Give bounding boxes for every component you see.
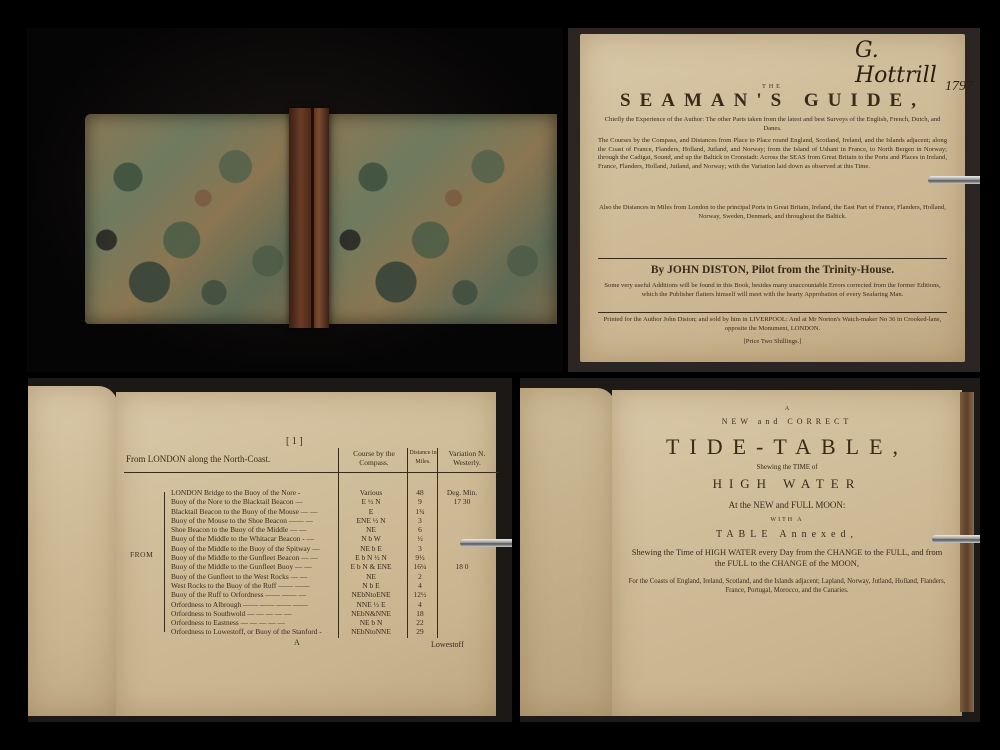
subtitle: Chiefly the Experience of the Author: Th…: [598, 116, 947, 133]
table-row: Orfordness to Albrough —— —— —— ——NNE ½ …: [171, 600, 491, 609]
rule: [598, 258, 947, 259]
author-line: By JOHN DISTON, Pilot from the Trinity-H…: [580, 264, 965, 276]
additions-text: Some very useful Additions will be found…: [598, 282, 947, 299]
left-blank-page: [520, 388, 615, 716]
price-text: [Price Two Shillings.]: [580, 338, 965, 345]
signature-mark: A: [294, 638, 300, 647]
title-page: G. Hottrill 1797 THE SEAMAN'S GUIDE, Chi…: [580, 34, 965, 362]
distances-text: Also the Distances in Miles from London …: [598, 204, 947, 221]
left-blank-page: [28, 386, 118, 716]
table-row: Orfordness to Southwold — — — — —NEbN&NN…: [171, 609, 491, 618]
table-row: Buoy of the Nore to the Blacktail Beacon…: [171, 497, 491, 506]
distance-table-page: [ 1 ] From LONDON along the North-Coast.…: [116, 392, 496, 716]
table-annexed: TABLE Annexed,: [612, 529, 962, 540]
col-distance: Distance in Miles.: [408, 449, 438, 467]
table-page-photo-panel: [ 1 ] From LONDON along the North-Coast.…: [28, 378, 512, 722]
header-rule: [124, 472, 499, 473]
tide-table-photo-panel: A NEW and CORRECT TIDE-TABLE, Shewing th…: [520, 378, 980, 722]
description: Shewing the Time of HIGH WATER every Day…: [626, 547, 948, 569]
shewing-line: Shewing the TIME of: [612, 463, 962, 471]
marbled-back-board: [85, 114, 300, 324]
pen-pointer: [932, 535, 980, 543]
leather-spine: [289, 108, 329, 328]
table-row: Orfordness to Lowestoff, or Buoy of the …: [171, 627, 491, 636]
col-course: Course by the Compass.: [342, 449, 406, 467]
spine-groove: [311, 108, 314, 328]
book-title: SEAMAN'S GUIDE,: [580, 90, 965, 112]
coasts: For the Coasts of England, Ireland, Scot…: [624, 577, 950, 595]
table-row: Buoy of the Middle to the Whitacar Beaco…: [171, 534, 491, 543]
table-row: Buoy of the Middle to the Gunfleet Buoy …: [171, 562, 491, 571]
table-row: Buoy of the Middle to the Gunfleet Beaco…: [171, 553, 491, 562]
cover-photo-panel: [27, 28, 563, 372]
route-table: LONDON Bridge to the Buoy of the Nore -V…: [171, 488, 491, 637]
new-and-correct: NEW and CORRECT: [612, 417, 962, 426]
table-row: Shoe Beacon to the Buoy of the Middle — …: [171, 525, 491, 534]
table-row: West Rocks to the Buoy of the Ruff —— ——…: [171, 581, 491, 590]
table-row: Buoy of the Gunfleet to the West Rocks —…: [171, 572, 491, 581]
page-number: [ 1 ]: [286, 436, 303, 447]
imprint-text: Printed for the Author John Diston; and …: [598, 316, 947, 333]
brace: [164, 492, 170, 632]
from-label: FROM: [130, 550, 153, 559]
marbled-front-board: [327, 114, 557, 324]
table-heading: From LONDON along the North-Coast.: [126, 454, 270, 464]
pen-pointer: [460, 539, 512, 547]
new-full-moon: At the NEW and FULL MOON:: [612, 500, 962, 510]
title-a: A: [612, 406, 962, 412]
high-water: HIGH WATER: [612, 476, 962, 492]
table-row: Buoy of the Ruff to Orfordness —— —— —NE…: [171, 590, 491, 599]
table-row: Buoy of the Mouse to the Shoe Beacon —— …: [171, 516, 491, 525]
title-page-photo-panel: G. Hottrill 1797 THE SEAMAN'S GUIDE, Chi…: [568, 28, 980, 372]
tide-table-title-page: A NEW and CORRECT TIDE-TABLE, Shewing th…: [612, 390, 962, 716]
rule: [598, 312, 947, 313]
pen-pointer: [928, 176, 980, 184]
table-row: Blacktail Beacon to the Buoy of the Mous…: [171, 507, 491, 516]
table-row: Buoy of the Middle to the Buoy of the Sp…: [171, 544, 491, 553]
with-a: WITH A: [612, 517, 962, 523]
tide-table-title: TIDE-TABLE,: [612, 434, 962, 460]
table-row: Orfordness to Eastness — — — — —NE b N22: [171, 618, 491, 627]
fore-edge: [960, 392, 974, 712]
table-row: LONDON Bridge to the Buoy of the Nore -V…: [171, 488, 491, 497]
courses-text: The Courses by the Compass, and Distance…: [598, 137, 947, 171]
col-variation: Variation N. Westerly.: [439, 449, 495, 467]
catchword: Lowestoff: [431, 640, 464, 649]
